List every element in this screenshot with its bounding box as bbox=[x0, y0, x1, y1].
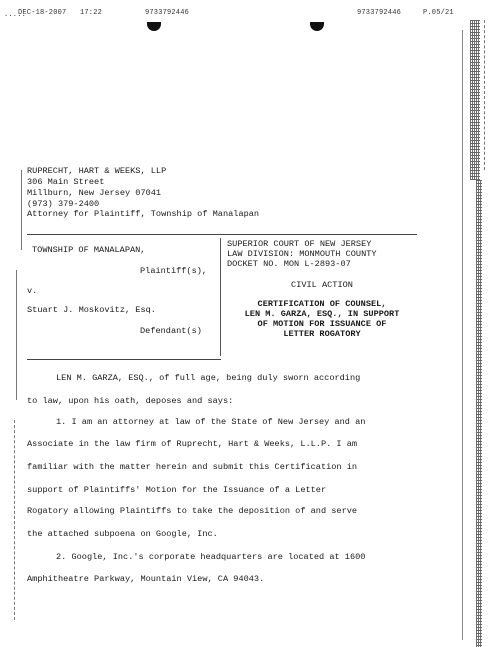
court-division: LAW DIVISION: MONMOUTH COUNTY bbox=[227, 250, 377, 259]
firm-city: Millburn, New Jersey 07041 bbox=[27, 189, 161, 198]
firm-street: 306 Main Street bbox=[27, 178, 104, 187]
fax-to-number: 9733792446 bbox=[357, 9, 401, 17]
court-name: SUPERIOR COURT OF NEW JERSEY bbox=[227, 240, 371, 249]
fax-date: DEC-18-2007 bbox=[18, 9, 66, 17]
intro-line: LEN M. GARZA, ESQ., of full age, being d… bbox=[56, 374, 360, 383]
caption-top-rule bbox=[27, 234, 417, 235]
left-margin-dashes bbox=[14, 420, 16, 620]
right-margin-line bbox=[462, 30, 463, 640]
fax-time: 17:22 bbox=[80, 9, 102, 17]
plaintiff-role: Plaintiff(s), bbox=[140, 267, 207, 276]
versus: v. bbox=[27, 287, 37, 296]
firm-name: RUPRECHT, HART & WEEKS, LLP bbox=[27, 167, 166, 176]
civil-action-label: CIVIL ACTION bbox=[227, 281, 417, 290]
attorney-role: Attorney for Plaintiff, Township of Mana… bbox=[27, 210, 259, 219]
fax-from-number: 9733792446 bbox=[145, 9, 189, 17]
caption-bottom-rule bbox=[27, 359, 221, 360]
plaintiff-name: TOWNSHIP OF MANALAPAN, bbox=[32, 246, 145, 255]
paragraph-2-line: 2. Google, Inc.'s corporate headquarters… bbox=[56, 553, 365, 562]
paragraph-1-line: familiar with the matter herein and subm… bbox=[27, 463, 357, 472]
document-title-line1: CERTIFICATION OF COUNSEL, bbox=[227, 300, 417, 309]
defendant-role: Defendant(s) bbox=[140, 327, 202, 336]
paragraph-1-line: support of Plaintiffs' Motion for the Is… bbox=[27, 486, 326, 495]
scan-artifact-dashes bbox=[484, 20, 486, 170]
punch-hole-mark bbox=[147, 22, 161, 31]
left-margin-line bbox=[21, 170, 22, 250]
left-margin-line bbox=[16, 270, 17, 400]
scan-artifact-strip bbox=[476, 180, 482, 647]
defendant-name: Stuart J. Moskovitz, Esq. bbox=[27, 306, 156, 315]
caption-divider bbox=[220, 238, 221, 356]
paragraph-1-line: the attached subpoena on Google, Inc. bbox=[27, 530, 218, 539]
docket-number: DOCKET NO. MON L-2893-07 bbox=[227, 260, 351, 269]
fax-page-number: P.05/21 bbox=[423, 9, 454, 17]
punch-hole-mark bbox=[310, 22, 324, 31]
paragraph-1-line: 1. I am an attorney at law of the State … bbox=[56, 418, 365, 427]
document-title-line3: OF MOTION FOR ISSUANCE OF bbox=[227, 320, 417, 329]
document-title-line2: LEN M. GARZA, ESQ., IN SUPPORT bbox=[222, 310, 422, 319]
scan-artifact-strip bbox=[470, 20, 480, 180]
paragraph-2-line: Amphitheatre Parkway, Mountain View, CA … bbox=[27, 575, 264, 584]
paragraph-1-line: Rogatory allowing Plaintiffs to take the… bbox=[27, 507, 357, 516]
firm-phone: (973) 379-2400 bbox=[27, 200, 99, 209]
document-title-line4: LETTER ROGATORY bbox=[227, 330, 417, 339]
paragraph-1-line: Associate in the law firm of Ruprecht, H… bbox=[27, 440, 357, 449]
intro-line: to law, upon his oath, deposes and says: bbox=[27, 397, 233, 406]
